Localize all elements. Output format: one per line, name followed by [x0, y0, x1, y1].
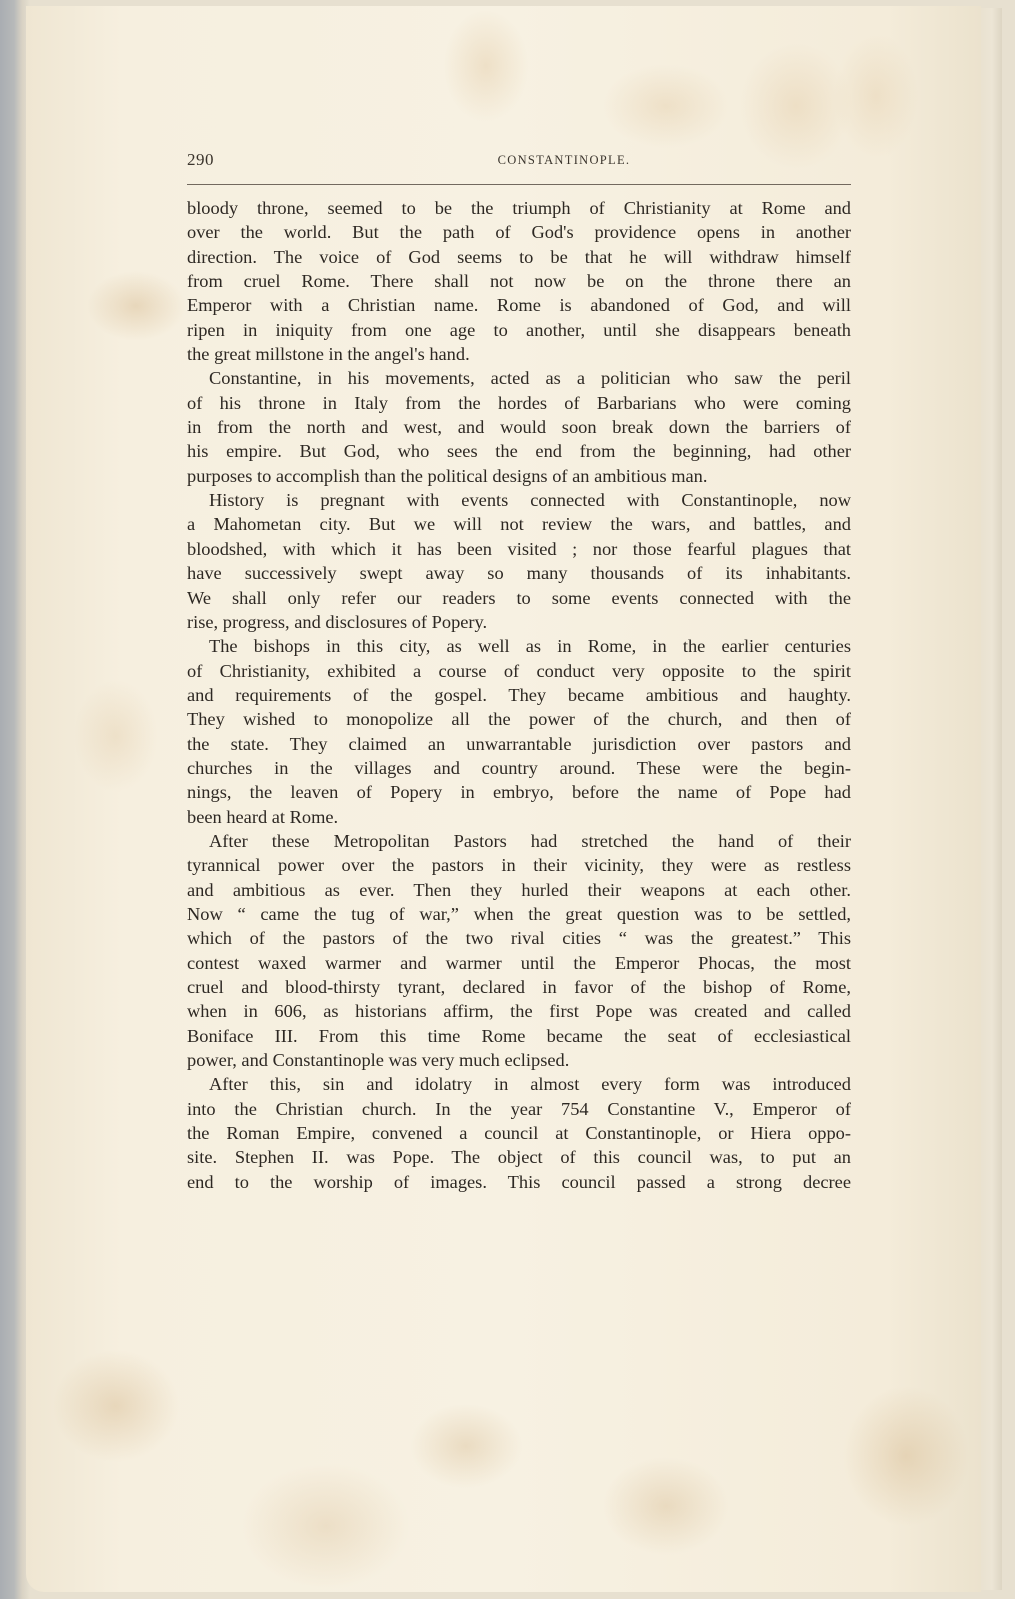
running-head: 290 CONSTANTINOPLE.: [187, 150, 851, 174]
text-line: direction. The voice of God seems to be …: [187, 245, 851, 269]
text-line: bloodshed, with which it has been visite…: [187, 537, 851, 561]
text-line: contest waxed warmer and warmer until th…: [187, 951, 851, 975]
header-rule: [187, 184, 851, 185]
text-line: have successively swept away so many tho…: [187, 561, 851, 585]
text-line: Constantine, in his movements, acted as …: [187, 366, 851, 390]
text-line: The bishops in this city, as well as in …: [187, 634, 851, 658]
text-line: Emperor with a Christian name. Rome is a…: [187, 293, 851, 317]
text-line: tyrannical power over the pastors in the…: [187, 853, 851, 877]
text-line: After this, sin and idolatry in almost e…: [187, 1072, 851, 1096]
text-line: end to the worship of images. This counc…: [187, 1170, 851, 1194]
text-line: churches in the villages and country aro…: [187, 756, 851, 780]
paragraph: History is pregnant with events connecte…: [187, 488, 851, 634]
paragraph: After these Metropolitan Pastors had str…: [187, 829, 851, 1072]
paragraph: The bishops in this city, as well as in …: [187, 634, 851, 829]
paragraph: bloody throne, seemed to be the triumph …: [187, 196, 851, 366]
text-line: when in 606, as historians affirm, the f…: [187, 999, 851, 1023]
text-line: They wished to monopolize all the power …: [187, 707, 851, 731]
text-line: the Roman Empire, convened a council at …: [187, 1121, 851, 1145]
text-line: and ambitious as ever. Then they hurled …: [187, 878, 851, 902]
text-line: Now “ came the tug of war,” when the gre…: [187, 902, 851, 926]
text-line: of his throne in Italy from the hordes o…: [187, 391, 851, 415]
text-line: rise, progress, and disclosures of Poper…: [187, 610, 851, 634]
text-line: the state. They claimed an unwarrantable…: [187, 732, 851, 756]
text-line: purposes to accomplish than the politica…: [187, 464, 851, 488]
text-line: bloody throne, seemed to be the triumph …: [187, 196, 851, 220]
text-line: from cruel Rome. There shall not now be …: [187, 269, 851, 293]
running-title: CONSTANTINOPLE.: [187, 153, 851, 168]
text-line: site. Stephen II. was Pope. The object o…: [187, 1145, 851, 1169]
text-line: over the world. But the path of God's pr…: [187, 220, 851, 244]
text-line: a Mahometan city. But we will not review…: [187, 512, 851, 536]
text-line: into the Christian church. In the year 7…: [187, 1097, 851, 1121]
text-line: his empire. But God, who sees the end fr…: [187, 439, 851, 463]
text-line: After these Metropolitan Pastors had str…: [187, 829, 851, 853]
text-line: Boniface III. From this time Rome became…: [187, 1024, 851, 1048]
text-line: and requirements of the gospel. They bec…: [187, 683, 851, 707]
text-line: nings, the leaven of Popery in embryo, b…: [187, 780, 851, 804]
text-line: ripen in iniquity from one age to anothe…: [187, 318, 851, 342]
text-line: History is pregnant with events connecte…: [187, 488, 851, 512]
text-line: cruel and blood-thirsty tyrant, declared…: [187, 975, 851, 999]
text-line: in from the north and west, and would so…: [187, 415, 851, 439]
paragraph: After this, sin and idolatry in almost e…: [187, 1072, 851, 1194]
text-line: power, and Constantinople was very much …: [187, 1048, 851, 1072]
text-line: been heard at Rome.: [187, 805, 851, 829]
text-line: the great millstone in the angel's hand.: [187, 342, 851, 366]
body-text: bloody throne, seemed to be the triumph …: [187, 196, 851, 1194]
paragraph: Constantine, in his movements, acted as …: [187, 366, 851, 488]
text-line: which of the pastors of the two rival ci…: [187, 926, 851, 950]
text-line: of Christianity, exhibited a course of c…: [187, 659, 851, 683]
text-line: We shall only refer our readers to some …: [187, 586, 851, 610]
